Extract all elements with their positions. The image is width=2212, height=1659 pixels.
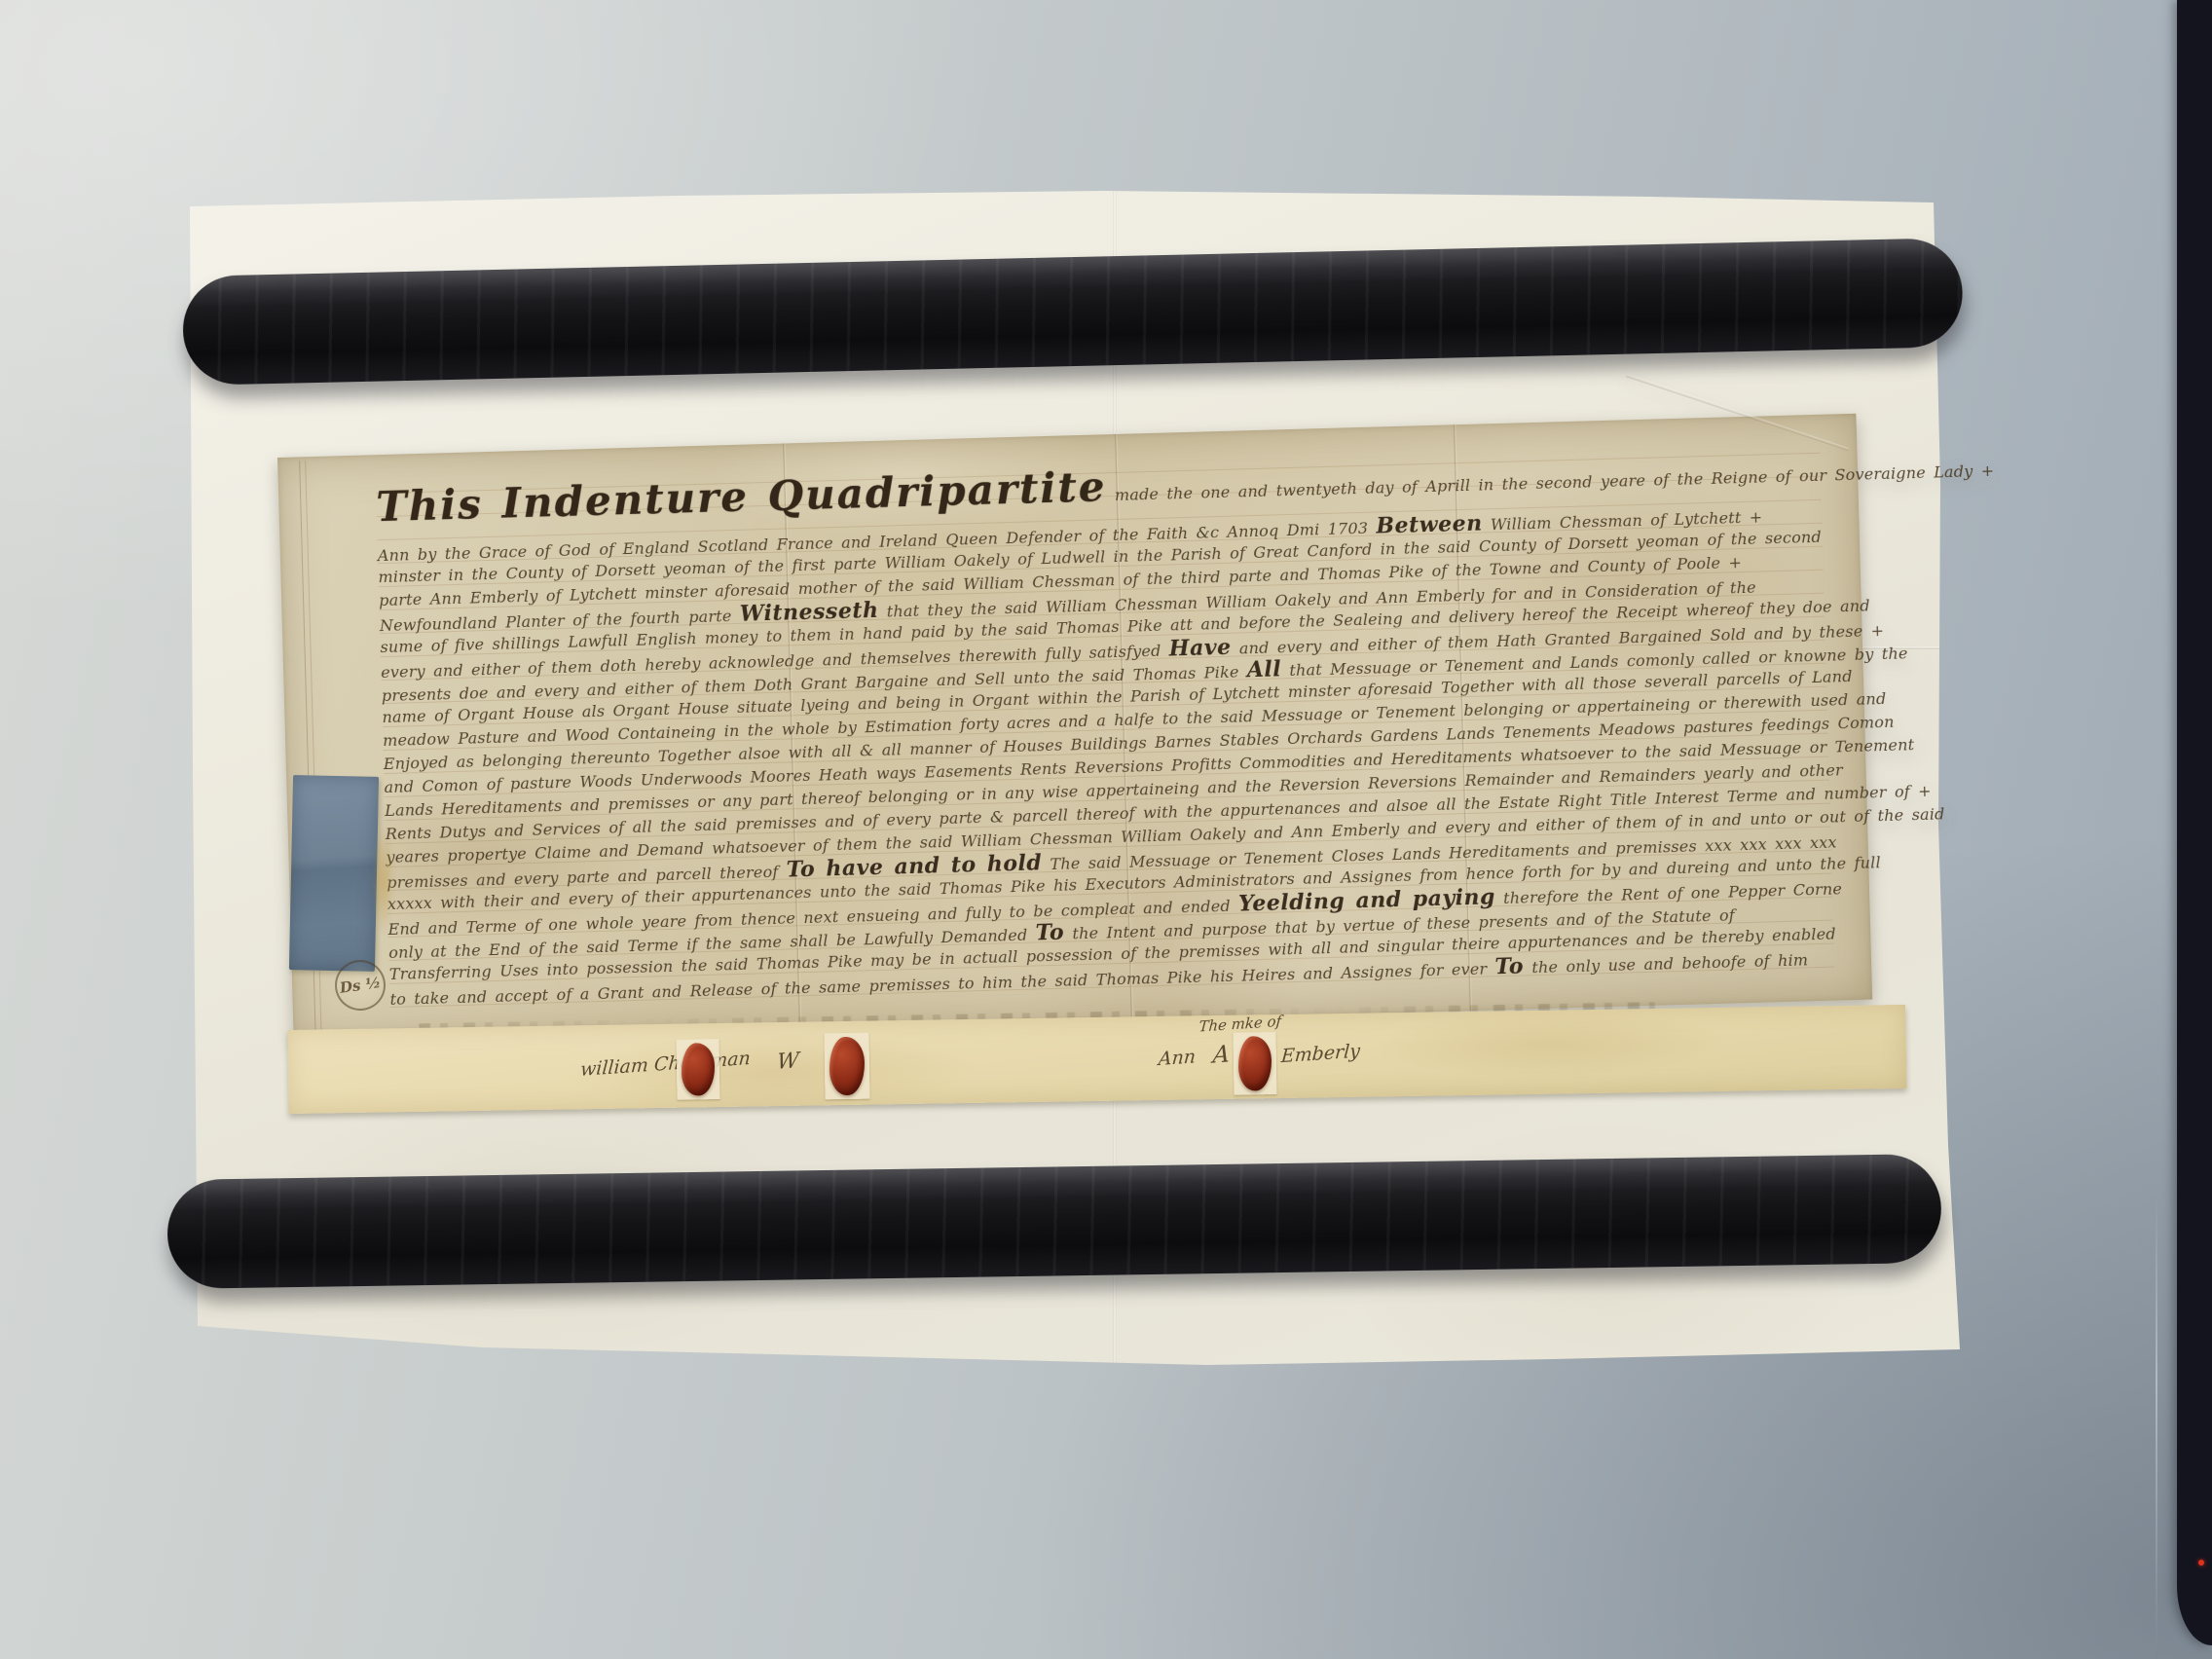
deed-text: This Indenture Quadripartite made the on…	[375, 432, 1834, 1010]
signature-ann: Ann	[1158, 1046, 1197, 1070]
deed-text-lines: This Indenture Quadripartite made the on…	[375, 432, 1834, 1010]
dark-object-right-edge	[2177, 0, 2212, 1645]
deed-emphasis-word: Have	[1168, 635, 1232, 662]
wall-seam	[2156, 1198, 2157, 1659]
wax-seal	[1238, 1036, 1272, 1091]
deed-emphasis-word: To	[1035, 920, 1064, 946]
deed-text-segment: the only use and behoofe of him	[1524, 950, 1809, 977]
deed-emphasis-word: All	[1246, 656, 1281, 682]
stamp-text: Ds ½	[339, 974, 382, 997]
wax-seal	[682, 1043, 716, 1096]
red-indicator-dot	[2198, 1560, 2204, 1566]
blue-ribbon	[289, 775, 379, 972]
wax-seal	[829, 1037, 866, 1096]
deed-emphasis-word: To	[1494, 953, 1524, 979]
deed-parchment: This Indenture Quadripartite made the on…	[277, 414, 1872, 1044]
deed-emphasis-word: This Indenture Quadripartite	[376, 462, 1107, 531]
photo-scene: This Indenture Quadripartite made the on…	[0, 0, 2212, 1659]
mark-w: W	[776, 1049, 799, 1075]
mark-a: A	[1212, 1040, 1231, 1068]
